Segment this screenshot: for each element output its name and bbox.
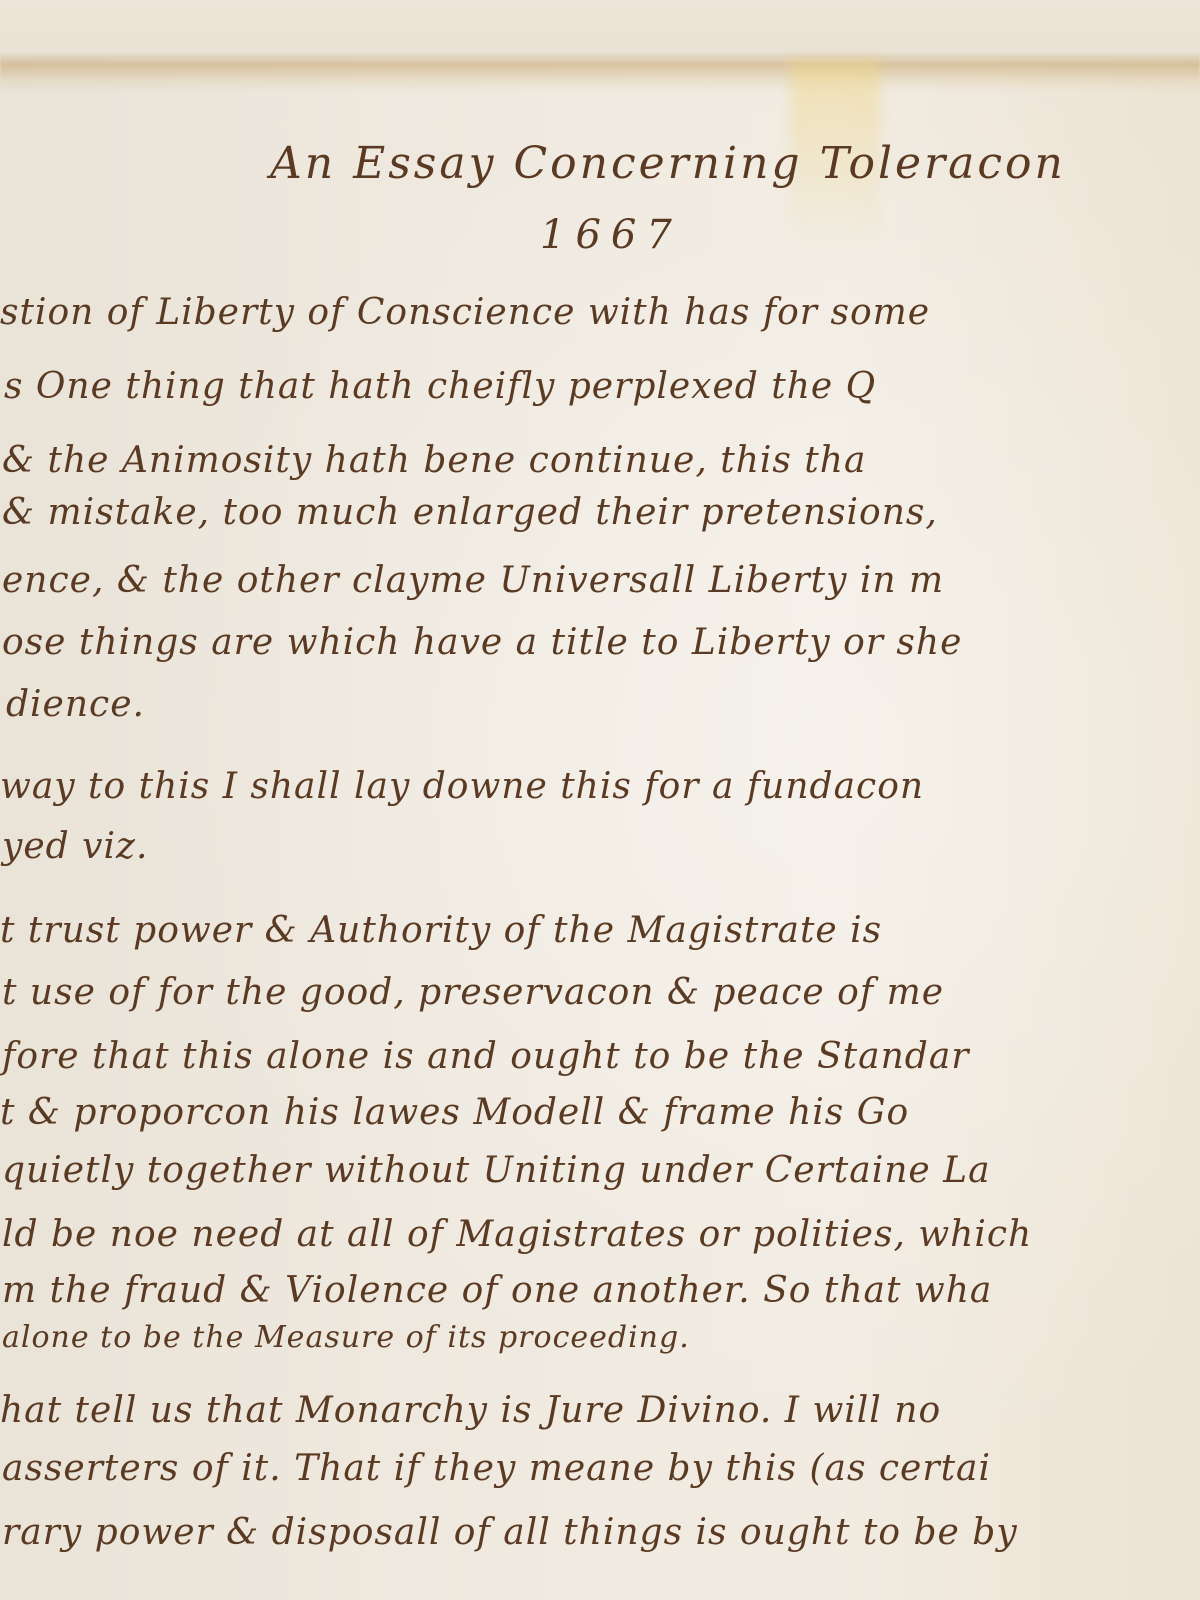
manuscript-line: alone to be the Measure of its proceedin… <box>2 1320 690 1355</box>
manuscript-line: t trust power & Authority of the Magistr… <box>0 910 882 951</box>
document-year: 1667 <box>540 212 682 258</box>
manuscript-line: m the fraud & Violence of one another. S… <box>2 1270 992 1311</box>
manuscript-line: dience. <box>6 684 145 725</box>
torn-page-edge <box>0 52 1200 92</box>
manuscript-line: s One thing that hath cheifly perplexed … <box>4 366 876 407</box>
manuscript-line: fore that this alone is and ought to be … <box>2 1036 970 1077</box>
manuscript-line: rary power & disposall of all things is … <box>2 1512 1018 1553</box>
manuscript-line: t & proporcon his lawes Modell & frame h… <box>0 1092 909 1133</box>
manuscript-line: stion of Liberty of Conscience with has … <box>0 292 930 333</box>
manuscript-line: ld be noe need at all of Magistrates or … <box>2 1214 1032 1255</box>
manuscript-line: & the Animosity hath bene continue, this… <box>2 440 866 481</box>
document-title: An Essay Concerning Toleracon <box>270 138 1066 189</box>
manuscript-line: hat tell us that Monarchy is Jure Divino… <box>0 1390 941 1431</box>
manuscript-line: ose things are which have a title to Lib… <box>2 622 962 663</box>
manuscript-line: asserters of it. That if they meane by t… <box>2 1448 991 1489</box>
manuscript-line: quietly together without Uniting under C… <box>2 1150 991 1191</box>
manuscript-line: yed viz. <box>2 826 148 867</box>
manuscript-page <box>0 58 1200 1600</box>
manuscript-line: t use of for the good, preservacon & pea… <box>2 972 944 1013</box>
manuscript-line: ence, & the other clayme Universall Libe… <box>2 560 944 601</box>
manuscript-line: way to this I shall lay downe this for a… <box>0 766 924 807</box>
manuscript-line: & mistake, too much enlarged their prete… <box>2 492 938 533</box>
